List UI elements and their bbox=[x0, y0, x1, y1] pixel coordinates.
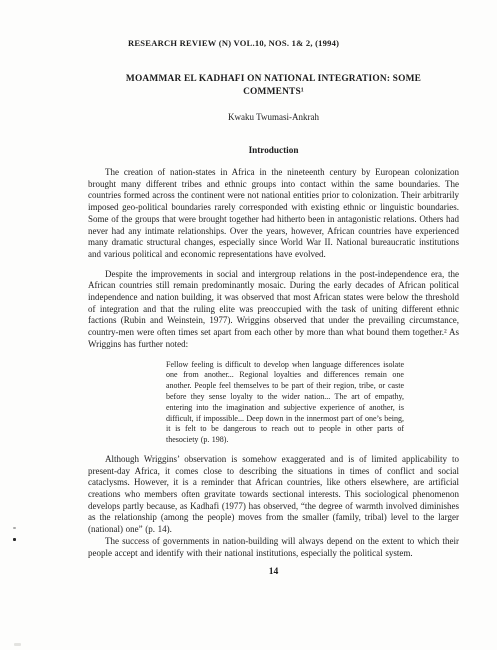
paragraph-2: Despite the improvements in social and i… bbox=[88, 269, 459, 351]
document-page: RESEARCH REVIEW (N) VOL.10, NOS. 1& 2, (… bbox=[0, 0, 497, 650]
block-quote: Fellow feeling is difficult to develop w… bbox=[166, 360, 404, 446]
scan-artifact-smudge bbox=[14, 643, 21, 646]
paragraph-4: The success of governments in nation-bui… bbox=[88, 536, 459, 559]
author-name: Kwaku Twumasi-Ankrah bbox=[88, 112, 459, 122]
article-title: MOAMMAR EL KADHAFI ON NATIONAL INTEGRATI… bbox=[88, 73, 459, 98]
title-line-2: COMMENTS¹ bbox=[243, 87, 304, 97]
scan-artifact-dot bbox=[13, 527, 16, 529]
page-number: 14 bbox=[88, 566, 459, 577]
section-heading: Introduction bbox=[88, 145, 459, 155]
paragraph-1: The creation of nation-states in Africa … bbox=[88, 167, 459, 261]
article-body: The creation of nation-states in Africa … bbox=[88, 167, 459, 559]
scan-artifact-dot bbox=[13, 538, 16, 541]
paragraph-3: Although Wriggins’ observation is someho… bbox=[88, 454, 459, 536]
page-content: RESEARCH REVIEW (N) VOL.10, NOS. 1& 2, (… bbox=[88, 38, 459, 577]
journal-header: RESEARCH REVIEW (N) VOL.10, NOS. 1& 2, (… bbox=[128, 38, 459, 48]
title-line-1: MOAMMAR EL KADHAFI ON NATIONAL INTEGRATI… bbox=[126, 74, 421, 84]
